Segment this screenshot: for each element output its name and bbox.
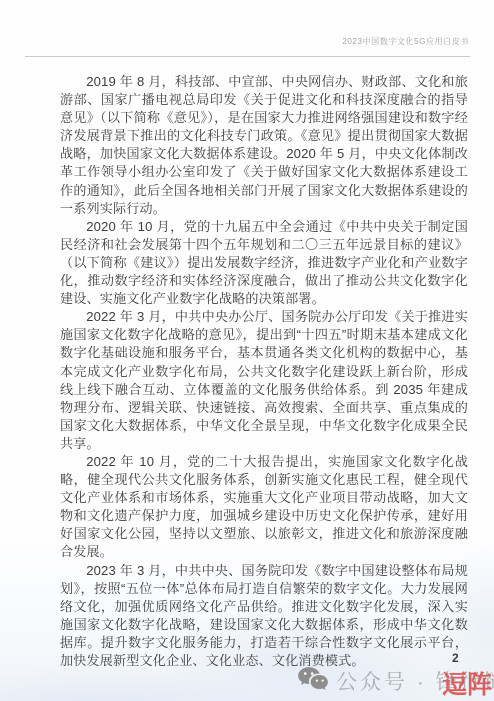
running-header-title: 2023中国数字文化5G应用白皮书 xyxy=(342,36,469,47)
document-body: 2019 年 8 月，科技部、中宣部、中央网信办、财政部、文化和旅游部、国家广播… xyxy=(60,73,468,670)
paragraph: 2022 年 10 月，党的二十大报告提出，实施国家文化数字化战略，健全现代公共… xyxy=(60,453,468,562)
paragraph: 2022 年 3 月，中共中央办公厅、国务院办公厅印发《关于推进实施国家文化数字… xyxy=(60,308,468,453)
page-number: 2 xyxy=(452,651,459,665)
paragraph: 2023 年 3 月，中共中央、国务院印发《数字中国建设整体布局规划》，按照“五… xyxy=(60,562,468,671)
header-divider xyxy=(25,56,470,57)
paragraph: 2020 年 10 月，党的十九届五中全会通过《中共中央关于制定国民经济和社会发… xyxy=(60,218,468,308)
douzhen-logo: 逗阵 xyxy=(442,665,492,701)
paragraph: 2019 年 8 月，科技部、中宣部、中央网信办、财政部、文化和旅游部、国家广播… xyxy=(60,73,468,218)
document-page: 2023中国数字文化5G应用白皮书 2019 年 8 月，科技部、中宣部、中央网… xyxy=(0,0,494,701)
wechat-icon xyxy=(297,666,331,695)
